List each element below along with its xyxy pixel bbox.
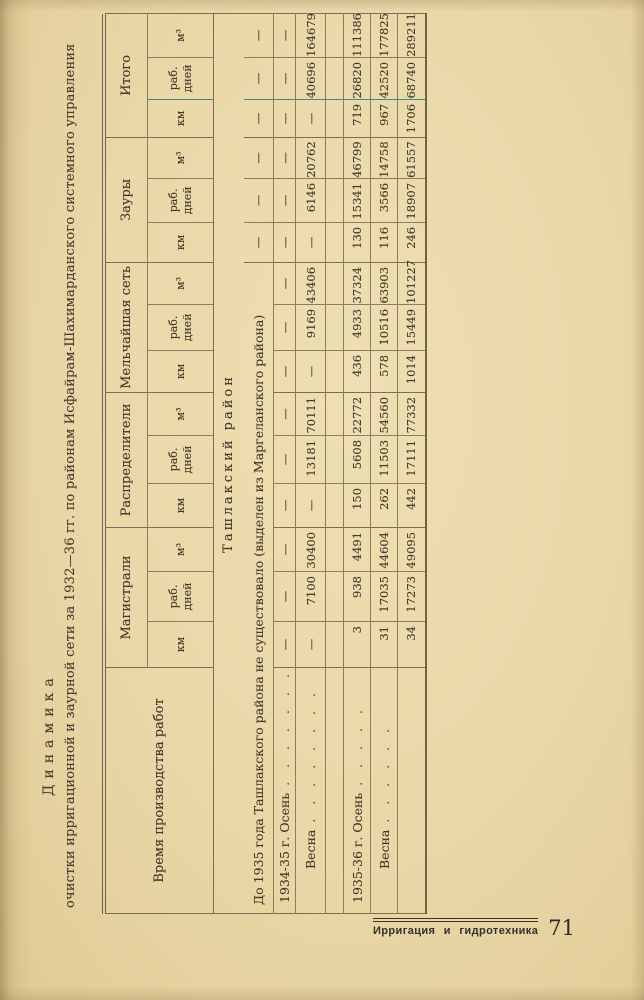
table-cell: 17035 [371, 572, 398, 622]
table-cell: 11503 [371, 435, 398, 483]
row-label-cell: 1935-36 г. Осень. . . . . [344, 668, 371, 914]
spacer-cell [326, 262, 344, 304]
table-cell: — [274, 57, 296, 99]
table-cell: 37324 [344, 262, 371, 304]
table-cell: 15341 [344, 178, 371, 222]
table-cell: — [274, 304, 296, 350]
scanned-page: { "page": { "title_line1": "Динамика", "… [0, 0, 644, 1000]
table-cell: 3566 [371, 178, 398, 222]
dot-leader: . . . . . . . [277, 669, 292, 786]
group-header-itogo: Итого [106, 13, 148, 137]
table-cell: 442 [398, 483, 426, 527]
table-cell: 436 [344, 350, 371, 392]
table-cell: 26820 [344, 57, 371, 99]
table-cell: 13181 [296, 435, 326, 483]
unit-m3: м³ [148, 527, 214, 571]
table-cell: 116 [371, 222, 398, 262]
table-cell: 30400 [296, 527, 326, 571]
spacer-cell [326, 137, 344, 178]
table-cell: 938 [344, 572, 371, 622]
journal-title: Ирригация и гидротехника [373, 918, 538, 937]
note-dash: — [244, 99, 274, 137]
table-cell: — [274, 178, 296, 222]
spacer-cell [326, 57, 344, 99]
unit-km: км [148, 622, 214, 668]
table-cell: 43406 [296, 262, 326, 304]
table-row: Весна. . . . . .311703544604262115035456… [371, 13, 398, 913]
note-dash: — [244, 178, 274, 222]
spacer-cell [326, 483, 344, 527]
table-cell: 101227 [398, 262, 426, 304]
table-cell: 22772 [344, 392, 371, 435]
unit-rab-dney: раб. дней [148, 435, 214, 483]
row-label: 1934-35 г. Осень [277, 793, 292, 903]
stub-header: Время производства работ [106, 668, 214, 914]
rotated-scan-content: Динамика очистки ирригационной и заурной… [38, 14, 448, 914]
note-dash: — [244, 57, 274, 99]
section-title-row: Ташлакский район [214, 13, 244, 913]
dot-leader: . . . . . [350, 705, 365, 786]
table-cell: 34 [398, 622, 426, 668]
table-cell: 54560 [371, 392, 398, 435]
table-row: 1935-36 г. Осень. . . . .393844911505608… [344, 13, 371, 913]
table-cell: 44604 [371, 527, 398, 571]
table-caption: Динамика очистки ирригационной и заурной… [38, 14, 78, 914]
data-table-wrapper: Время производства работ Магистрали Расп… [102, 14, 427, 914]
table-cell: — [274, 13, 296, 57]
table-cell: — [296, 350, 326, 392]
table-cell: 1706 [398, 99, 426, 137]
table-cell: — [296, 222, 326, 262]
spacer-cell [326, 527, 344, 571]
page-number: 71 [548, 916, 575, 940]
table-cell: — [274, 572, 296, 622]
table-cell: — [296, 622, 326, 668]
table-cell: 40696 [296, 57, 326, 99]
row-label-cell: Весна. . . . . . [371, 668, 398, 914]
table-row: 1934-35 г. Осень. . . . . . .———————————… [274, 13, 296, 913]
table-cell: 111386 [344, 13, 371, 57]
table-cell: 31 [371, 622, 398, 668]
table-cell: 130 [344, 222, 371, 262]
table-cell: — [274, 435, 296, 483]
table-cell: 49095 [398, 527, 426, 571]
table-cell: 18907 [398, 178, 426, 222]
table-cell: 10516 [371, 304, 398, 350]
table-cell: 5608 [344, 435, 371, 483]
table-cell: 6146 [296, 178, 326, 222]
table-row: 3417273490954421711177332101415449101227… [398, 13, 426, 913]
row-label: Весна [377, 830, 392, 869]
table-cell: 177825 [371, 13, 398, 57]
table-cell: — [296, 483, 326, 527]
table-cell: 42520 [371, 57, 398, 99]
table-cell: 17111 [398, 435, 426, 483]
note-dash: — [244, 222, 274, 262]
table-cell: 70111 [296, 392, 326, 435]
unit-km: км [148, 222, 214, 262]
table-cell: 61557 [398, 137, 426, 178]
table-cell: — [274, 622, 296, 668]
spacer-cell [326, 350, 344, 392]
table-cell: 967 [371, 99, 398, 137]
spacer-cell [326, 99, 344, 137]
note-text: До 1935 года Ташлакского района не сущес… [244, 262, 274, 913]
spacer-cell [326, 622, 344, 668]
table-row: Весна. . . . . . . .—710030400—131817011… [296, 13, 326, 913]
unit-rab-dney: раб. дней [148, 304, 214, 350]
dot-leader: . . . . . . [377, 724, 392, 823]
table-cell: 578 [371, 350, 398, 392]
table-cell: 1014 [398, 350, 426, 392]
unit-km: км [148, 350, 214, 392]
table-cell: 7100 [296, 572, 326, 622]
table-cell: 77332 [398, 392, 426, 435]
dot-leader: . . . . . . . . [303, 688, 318, 823]
spacer-cell [326, 435, 344, 483]
unit-rab-dney: раб. дней [148, 178, 214, 222]
section-title: Ташлакский район [214, 13, 244, 913]
table-cell: — [274, 527, 296, 571]
table-cell: — [274, 392, 296, 435]
table-cell: 246 [398, 222, 426, 262]
unit-rab-dney: раб. дней [148, 57, 214, 99]
table-cell: — [274, 350, 296, 392]
table-cell: 14758 [371, 137, 398, 178]
irrigation-table: Время производства работ Магистрали Расп… [105, 13, 427, 914]
unit-m3: м³ [148, 137, 214, 178]
spacer-cell [326, 13, 344, 57]
spacer-cell [326, 392, 344, 435]
spacer-cell [326, 222, 344, 262]
unit-km: км [148, 483, 214, 527]
group-header-zaury: Зауры [106, 137, 148, 262]
caption-subtitle: очистки ирригационной и заурной сети за … [63, 14, 78, 908]
spacer-cell [326, 572, 344, 622]
spacer-cell [326, 304, 344, 350]
unit-km: км [148, 99, 214, 137]
group-header-melchayshaya: Мельчайшая сеть [106, 262, 148, 392]
table-header: Время производства работ Магистрали Расп… [106, 13, 214, 913]
unit-m3: м³ [148, 13, 214, 57]
note-dash: — [244, 137, 274, 178]
table-cell: 46799 [344, 137, 371, 178]
table-cell: 15449 [398, 304, 426, 350]
table-cell: 17273 [398, 572, 426, 622]
table-cell: 4933 [344, 304, 371, 350]
caption-word-dinamika: Динамика [41, 14, 57, 796]
row-label: Весна [303, 830, 318, 869]
table-cell: 164679 [296, 13, 326, 57]
row-label-cell: 1934-35 г. Осень. . . . . . . [274, 668, 296, 914]
table-cell: 150 [344, 483, 371, 527]
table-cell: — [274, 222, 296, 262]
group-header-magistrali: Магистрали [106, 527, 148, 667]
table-spacer-row [326, 13, 344, 913]
row-label: 1935-36 г. Осень [350, 793, 365, 903]
group-header-row: Время производства работ Магистрали Расп… [106, 13, 148, 913]
spacer-cell [326, 178, 344, 222]
table-cell: 719 [344, 99, 371, 137]
table-cell: — [274, 262, 296, 304]
table-body: Ташлакский район До 1935 года Ташлакског… [214, 13, 426, 913]
row-label-cell [398, 668, 426, 914]
unit-rab-dney: раб. дней [148, 572, 214, 622]
row-label-cell: Весна. . . . . . . . [296, 668, 326, 914]
spacer-cell [326, 668, 344, 914]
note-row: До 1935 года Ташлакского района не сущес… [244, 13, 274, 913]
table-cell: — [274, 137, 296, 178]
table-cell: — [296, 99, 326, 137]
table-cell: — [274, 99, 296, 137]
table-cell: 9169 [296, 304, 326, 350]
page-footer: Ирригация и гидротехника 71 [373, 918, 575, 940]
unit-m3: м³ [148, 392, 214, 435]
note-dash: — [244, 13, 274, 57]
group-header-raspredeliteli: Распределители [106, 392, 148, 527]
table-cell: 68740 [398, 57, 426, 99]
table-cell: — [274, 483, 296, 527]
table-cell: 4491 [344, 527, 371, 571]
unit-m3: м³ [148, 262, 214, 304]
table-cell: 3 [344, 622, 371, 668]
table-cell: 289211 [398, 13, 426, 57]
table-cell: 262 [371, 483, 398, 527]
table-cell: 20762 [296, 137, 326, 178]
table-cell: 63903 [371, 262, 398, 304]
